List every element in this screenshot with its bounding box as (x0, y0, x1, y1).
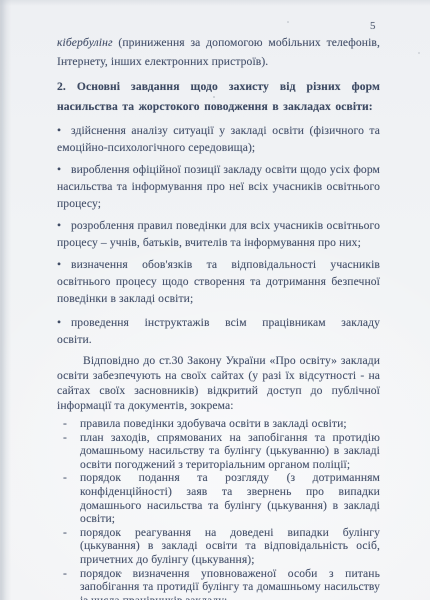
bullet-item: розроблення правил поведінки для всіх уч… (57, 217, 380, 251)
bullet-item: проведення інструктажів всім працівникам… (57, 314, 380, 348)
intro-paragraph: кібербулінг (приниження за допомогою моб… (57, 33, 380, 71)
scan-edge-shadow-left (0, 0, 11, 600)
dash-list-item: правила поведінки здобувача освіти в зак… (61, 417, 380, 431)
scan-speck (213, 96, 215, 98)
dash-list: правила поведінки здобувача освіти в зак… (61, 417, 380, 600)
section-heading: 2. Основні завдання щодо захисту від різ… (57, 77, 380, 117)
dash-list-item: порядок реагування на доведені випадки б… (61, 526, 380, 567)
dash-list-item: план заходів, спрямованих на запобігання… (61, 431, 380, 472)
bullet-item: вироблення офіційної позиції закладу осв… (57, 161, 380, 212)
bullet-item: здійснення аналізу ситуації у закладі ос… (57, 122, 380, 156)
bullet-item: визначення обов'язків та відповідальност… (57, 256, 380, 307)
scan-edge-shadow-top (0, 0, 430, 6)
dash-list-item: порядок визначення уповноваженої особи з… (61, 567, 380, 600)
document-content: кібербулінг (приниження за допомогою моб… (57, 33, 380, 600)
dash-list-item: порядок подання та розгляду (з дотриманн… (61, 471, 380, 525)
scan-speck (287, 21, 289, 23)
law-reference-paragraph: Відповідно до ст.30 Закону України «Про … (57, 353, 380, 413)
scan-speck (120, 572, 122, 574)
scan-speck (418, 52, 420, 54)
page-number: 5 (370, 20, 376, 32)
intro-term-italic: кібербулінг (57, 36, 113, 49)
scanned-document-page: 5 кібербулінг (приниження за допомогою м… (0, 0, 430, 600)
bullet-list: здійснення аналізу ситуації у закладі ос… (57, 122, 380, 348)
